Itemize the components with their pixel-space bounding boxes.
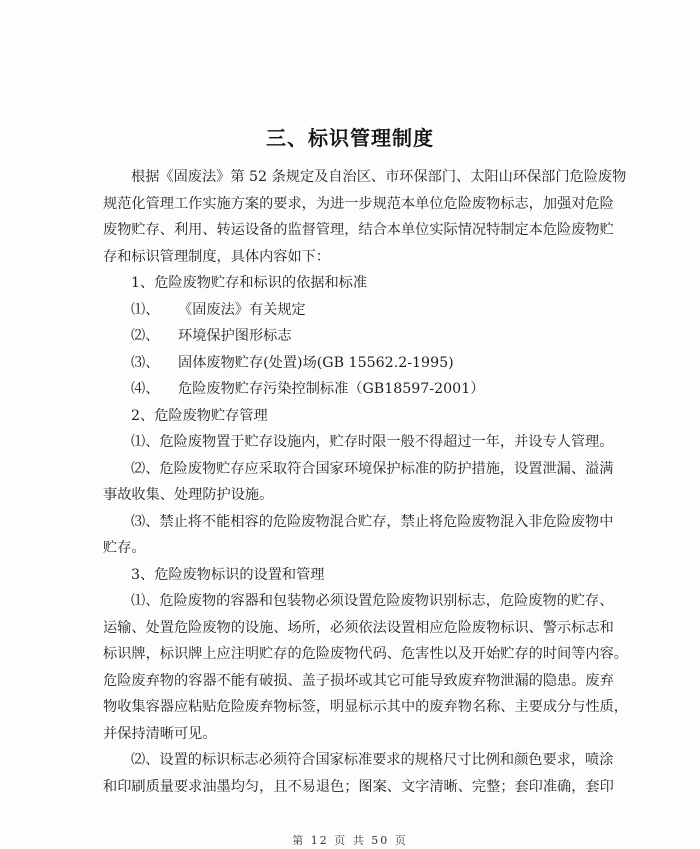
paragraph-line: ⑶、禁止将不能相容的危险废物混合贮存，禁止将危险废物混入非危险废物中	[103, 509, 597, 536]
list-item-number: ⑵、	[131, 323, 178, 350]
paragraph-line: 危险废弃物的容器不能有破损、盖子损坏或其它可能导致废弃物泄漏的隐患。废弃	[103, 668, 597, 695]
list-item: ⑵、 环境保护图形标志	[103, 323, 597, 350]
list-item: ⑴、 《固废法》有关规定	[103, 297, 597, 324]
paragraph-line: 和印刷质量要求油墨均匀，且不易退色；图案、文字清晰、完整；套印准确，套印	[103, 774, 597, 801]
paragraph-line: 贮存。	[103, 535, 597, 562]
intro-line: 废物贮存、利用、转运设备的监督管理，结合本单位实际情况特制定本危险废物贮	[103, 217, 597, 244]
list-item-text: 危险废物贮存污染控制标准（GB18597-2001）	[178, 376, 484, 403]
intro-line: 存和标识管理制度，具体内容如下：	[103, 244, 597, 271]
list-item: ⑷、 危险废物贮存污染控制标准（GB18597-2001）	[103, 376, 597, 403]
section-heading: 1、危险废物贮存和标识的依据和标准	[103, 270, 597, 297]
paragraph-line: 并保持清晰可见。	[103, 721, 597, 748]
paragraph-line: ⑴、危险废物的容器和包装物必须设置危险废物识别标志，危险废物的贮存、	[103, 588, 597, 615]
paragraph-line: ⑵、设置的标识标志必须符合国家标准要求的规格尺寸比例和颜色要求，喷涂	[103, 747, 597, 774]
list-item-text: 固体废物贮存(处置)场(GB 15562.2-1995)	[178, 350, 454, 377]
list-item-text: 《固废法》有关规定	[178, 297, 306, 324]
document-page: 三、标识管理制度 根据《固废法》第 52 条规定及自治区、市环保部门、太阳山环保…	[0, 0, 700, 849]
list-item-text: 环境保护图形标志	[178, 323, 292, 350]
list-item-number: ⑶、	[131, 350, 178, 377]
paragraph-line: ⑵、危险废物贮存应采取符合国家环境保护标准的防护措施，设置泄漏、溢满	[103, 456, 597, 483]
section-heading: 3、危险废物标识的设置和管理	[103, 562, 597, 589]
paragraph-line: 标识牌，标识牌上应注明贮存的危险废物代码、危害性以及开始贮存的时间等内容。	[103, 641, 597, 668]
document-body: 根据《固废法》第 52 条规定及自治区、市环保部门、太阳山环保部门危险废物 规范…	[103, 164, 597, 800]
list-item-number: ⑴、	[131, 297, 178, 324]
list-item: ⑶、 固体废物贮存(处置)场(GB 15562.2-1995)	[103, 350, 597, 377]
page-number-footer: 第 12 页 共 50 页	[0, 832, 700, 848]
section-heading: 2、危险废物贮存管理	[103, 403, 597, 430]
intro-line: 根据《固废法》第 52 条规定及自治区、市环保部门、太阳山环保部门危险废物	[103, 164, 597, 191]
list-item-number: ⑷、	[131, 376, 178, 403]
intro-line: 规范化管理工作实施方案的要求，为进一步规范本单位危险废物标志，加强对危险	[103, 191, 597, 218]
paragraph-line: 物收集容器应粘贴危险废弃物标签，明显标示其中的废弃物名称、主要成分与性质，	[103, 694, 597, 721]
page-title: 三、标识管理制度	[0, 122, 700, 151]
paragraph-line: 事故收集、处理防护设施。	[103, 482, 597, 509]
paragraph-line: ⑴、危险废物置于贮存设施内，贮存时限一般不得超过一年，并设专人管理。	[103, 429, 597, 456]
paragraph-line: 运输、处置危险废物的设施、场所，必须依法设置相应危险废物标识、警示标志和	[103, 615, 597, 642]
